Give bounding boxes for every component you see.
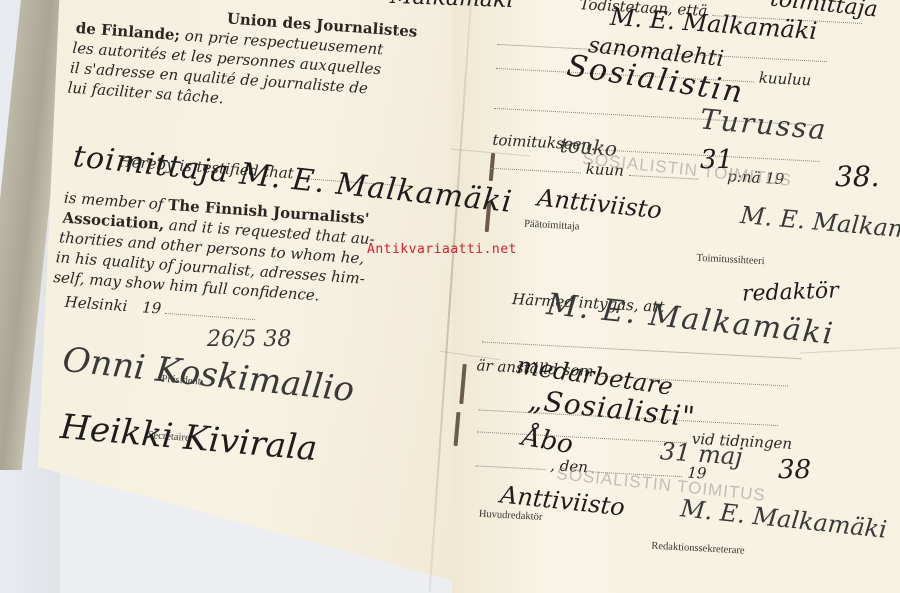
handwritten-date: 31 maj: [659, 437, 743, 471]
handwritten-year: 38.: [835, 160, 880, 193]
paatoimittaja-label: Päätoimittaja: [524, 219, 580, 233]
fill-line: [166, 313, 256, 320]
handwritten-date: 26/5 38: [207, 327, 291, 352]
handwritten-month: touko: [559, 133, 618, 161]
fill-line: [475, 465, 545, 470]
finnish-text: kuuluu: [758, 69, 811, 90]
place-text: Helsinki: [64, 293, 128, 315]
fill-line: [491, 168, 581, 174]
year-prefix: 19: [142, 298, 162, 317]
redaktionssekreterare-label: Redaktionssekreterare: [651, 541, 745, 557]
fill-line: [477, 431, 687, 443]
handwritten-year: 38: [778, 455, 811, 485]
watermark-text: Antikvariaatti.net: [367, 242, 517, 257]
handwritten-role: redaktör: [742, 278, 839, 306]
toimitussihteeri-label: Toimitussihteeri: [696, 253, 765, 268]
handwritten-day: 31: [700, 145, 733, 175]
